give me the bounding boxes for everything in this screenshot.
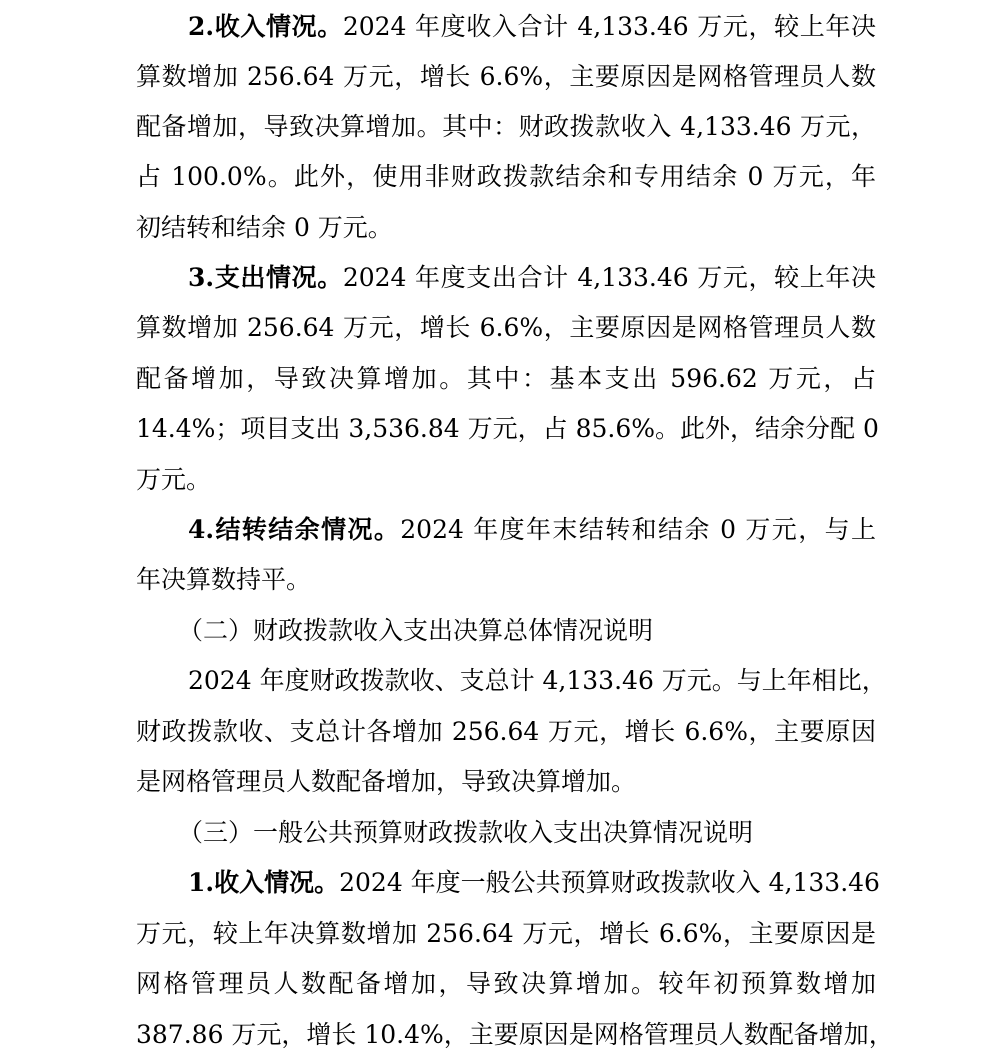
paragraph-line: 万元。 xyxy=(136,455,876,505)
section-heading: 3.支出情况。 xyxy=(188,263,343,292)
section-heading: 4.结转结余情况。 xyxy=(188,515,400,544)
paragraph-line: 算数增加 256.64 万元，增长 6.6%，主要原因是网格管理员人数 xyxy=(136,303,876,353)
paragraph-line: 14.4%；项目支出 3,536.84 万元，占 85.6%。此外，结余分配 0 xyxy=(136,404,876,454)
paragraph-line: 占 100.0%。此外，使用非财政拨款结余和专用结余 0 万元，年 xyxy=(136,152,876,202)
paragraph-line: 配备增加，导致决算增加。其中：基本支出 596.62 万元，占 xyxy=(136,354,876,404)
section-heading: 1.收入情况。 xyxy=(188,868,339,897)
section-heading: 2.收入情况。 xyxy=(188,12,343,41)
paragraph-line: 财政拨款收、支总计各增加 256.64 万元，增长 6.6%，主要原因 xyxy=(136,707,876,757)
paragraph-line: 3.支出情况。2024 年度支出合计 4,133.46 万元，较上年决 xyxy=(136,253,876,303)
paragraph-line: 2.收入情况。2024 年度收入合计 4,133.46 万元，较上年决 xyxy=(136,2,876,52)
paragraph-line: 算数增加 256.64 万元，增长 6.6%，主要原因是网格管理员人数 xyxy=(136,52,876,102)
paragraph-line: 配备增加，导致决算增加。其中：财政拨款收入 4,133.46 万元， xyxy=(136,102,876,152)
paragraph-line: 年决算数持平。 xyxy=(136,555,876,605)
paragraph-line: 万元，较上年决算数增加 256.64 万元，增长 6.6%，主要原因是 xyxy=(136,909,876,959)
paragraph-line: 4.结转结余情况。2024 年度年末结转和结余 0 万元，与上 xyxy=(136,505,876,555)
paragraph-line: 初结转和结余 0 万元。 xyxy=(136,203,876,253)
section-title: （三）一般公共预算财政拨款收入支出决算情况说明 xyxy=(136,808,876,858)
paragraph-line: 387.86 万元，增长 10.4%，主要原因是网格管理员人数配备增加， xyxy=(136,1010,876,1060)
paragraph-line: 2024 年度财政拨款收、支总计 4,133.46 万元。与上年相比， xyxy=(136,656,876,706)
section-title: （二）财政拨款收入支出决算总体情况说明 xyxy=(136,606,876,656)
paragraph-line: 1.收入情况。2024 年度一般公共预算财政拨款收入 4,133.46 xyxy=(136,858,876,908)
paragraph-line: 是网格管理员人数配备增加，导致决算增加。 xyxy=(136,757,876,807)
paragraph-line: 网格管理员人数配备增加，导致决算增加。较年初预算数增加 xyxy=(136,959,876,1009)
